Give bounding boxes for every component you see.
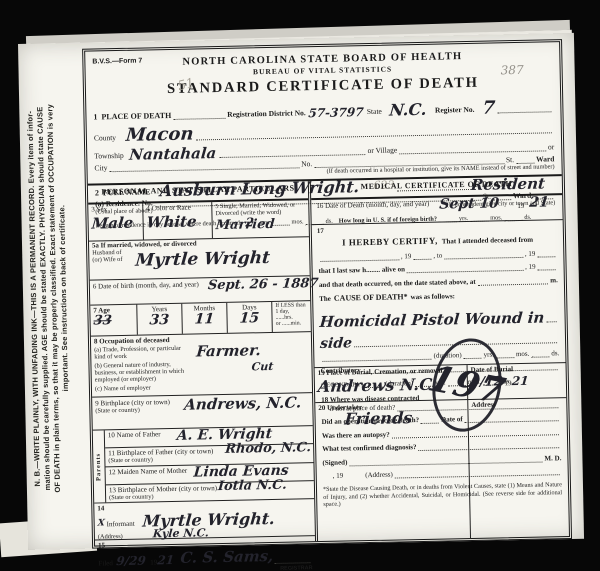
place-of-death-label: PLACE OF DEATH [101,111,171,121]
occupation-b-value: Cut [251,361,274,372]
mother-birthplace-value: Iotla N.C. [217,478,287,492]
filed-number: 15 [98,541,105,549]
mos-label: mos. [516,349,530,357]
cause-bold-label: CAUSE OF DEATH* [334,292,408,302]
nineteen-label: , 19 [525,249,536,257]
dotted-line [173,116,225,120]
dotted-line [444,254,523,259]
city-label: City [94,163,107,172]
or-label: or [548,142,554,151]
certify-rest-label: That I attended deceased from [442,236,533,246]
mother-name-label: 12 Maiden Name of Mother [109,466,188,476]
cause-pre-label: The [319,295,331,303]
dotted-line [478,281,549,285]
death-certificate-page: N. B.—WRITE PLAINLY, WITH UNFADING INK—T… [18,33,584,550]
age-months-value: 11 [194,312,215,326]
dotted-line [531,354,549,357]
spouse-value: Myrtle Wright [135,250,271,270]
registration-district-label: Registration District No. [227,108,306,119]
filed-label: Filed [98,559,113,567]
marital-label: 5 Single, Married, Widowed, or Divorced … [215,201,305,217]
burial-year-value: 21 [511,374,529,386]
occupation-b-label: (b) General nature of industry, business… [94,361,189,384]
dotted-line [322,356,431,361]
informant-number: 14 [97,504,104,512]
dotted-line [219,152,366,158]
informant-label: Informant [107,520,135,529]
birthplace-value: Andrews, N.C. [184,395,302,412]
personal-particulars-section: PERSONAL AND STATISTICAL PARTICULARS 3 S… [88,181,315,545]
informant-x-mark: X [97,519,105,528]
cause-of-death-value-line2: side [319,336,352,351]
medical-certificate-section: MEDICAL CERTIFICATE OF DEATH 16 Date of … [308,176,569,541]
county-value: Macon [125,125,194,144]
dotted-line [496,355,514,358]
dotted-line [407,268,523,273]
occupation-a-value: Farmer. [196,343,262,359]
age-struck-value: 33 [93,314,112,327]
state-value: N.C. [389,102,428,119]
dotted-line [497,109,551,113]
field1-number: 1 [93,112,97,121]
certify-bold-label: I HEREBY CERTIFY, [342,236,438,248]
race-label: 4 Color or Race [146,203,208,212]
to-label: , to [433,251,442,259]
register-no-value: 7 [482,99,496,117]
sex-value: Male [91,216,134,232]
cause-post-label: was as follows: [411,292,455,301]
registrar-signature: C. S. Sams, [179,549,273,566]
dotted-line [320,257,399,262]
certification-block: 17 I HEREBY CERTIFY, That I attended dec… [312,220,566,367]
margin-instructions: N. B.—WRITE PLAINLY, WITH UNFADING INK—T… [24,55,74,542]
form-header: B.V.S.—Form 7 NORTH CAROLINA STATE BOARD… [85,42,562,183]
death-occurred-label: and that death occurred, on the date sta… [319,277,476,288]
race-value: White [146,214,197,230]
dod-year-value: 21 [528,195,549,209]
dotted-line [413,256,431,259]
dotted-line [538,267,556,270]
scanned-death-certificate: N. B.—WRITE PLAINLY, WITH UNFADING INK—T… [0,0,600,571]
occupation-c-label: (c) Name of employer [95,381,309,392]
dotted-line [546,319,556,322]
mother-name-value: Linda Evans [193,463,289,479]
form-number: B.V.S.—Form 7 [92,58,142,66]
burial-date-value: 9/12 [470,375,503,389]
occupation-a-label: (a) Trade, Profession, or particular kin… [94,345,184,361]
last-saw-label: that I last saw h........ alive on [319,265,405,275]
dotted-line [275,560,311,564]
m-label: m. [550,276,558,284]
burial-place-value: Andrews N.C. [317,376,438,394]
no-label: No. [301,159,312,168]
pencil-mark: 387 [501,63,524,77]
filed-year-value: 21 [157,554,175,566]
parents-group-label: Parents [95,452,103,480]
cause-of-death-value-line1: Homicidal Pistol Wound in [319,310,545,330]
item-17-number: 17 [317,227,324,235]
dod-year-printed: 19 [517,202,524,210]
full-name-label: FULL NAME [103,187,151,197]
ward-label: Ward [536,154,555,163]
father-name-label: 10 Name of Father [108,430,161,439]
age-years-value: 33 [149,313,170,327]
undertaker-address-label: Address [471,399,563,409]
date-of-death-label: 16 Date of Death (month, day, and year) [316,200,429,210]
father-birthplace-value: Rhodo, N.C. [225,441,312,456]
field2-number: 2 [95,188,99,197]
state-label: State [367,107,382,116]
burial-date-label: Date of Burial [471,364,563,374]
nineteen-label: , 19 [401,252,412,260]
filed-date-value: 9/29 [116,555,146,568]
sex-label: 3 Sex [91,205,139,214]
less-than-note2: 1 day, ......hrs. [275,308,307,321]
or-village-label: or Village [367,145,397,155]
dob-label: 6 Date of birth (month, day, and year) [93,280,199,290]
township-value: Nantahala [129,146,217,163]
dotted-line [399,148,546,154]
less-than-note3: or ......min. [276,320,308,327]
marital-value: Married [215,218,275,232]
register-no-label: Register No. [435,105,475,115]
county-label: County [94,133,116,142]
age-days-value: 15 [239,311,260,325]
nineteen-label: , 19 [525,263,536,271]
registration-district-value: 57-3797 [308,106,364,119]
date-of-death-value: Sept 10 [439,196,500,211]
st-label: St. [506,155,514,164]
dob-value: Sept. 26 - 1887 [207,277,319,292]
dotted-line [537,254,555,257]
certificate-form: B.V.S.—Form 7 NORTH CAROLINA STATE BOARD… [82,39,572,549]
undertaker-value: Friends [344,410,413,427]
township-label: Township [94,151,124,161]
ds-label: ds. [551,349,559,357]
